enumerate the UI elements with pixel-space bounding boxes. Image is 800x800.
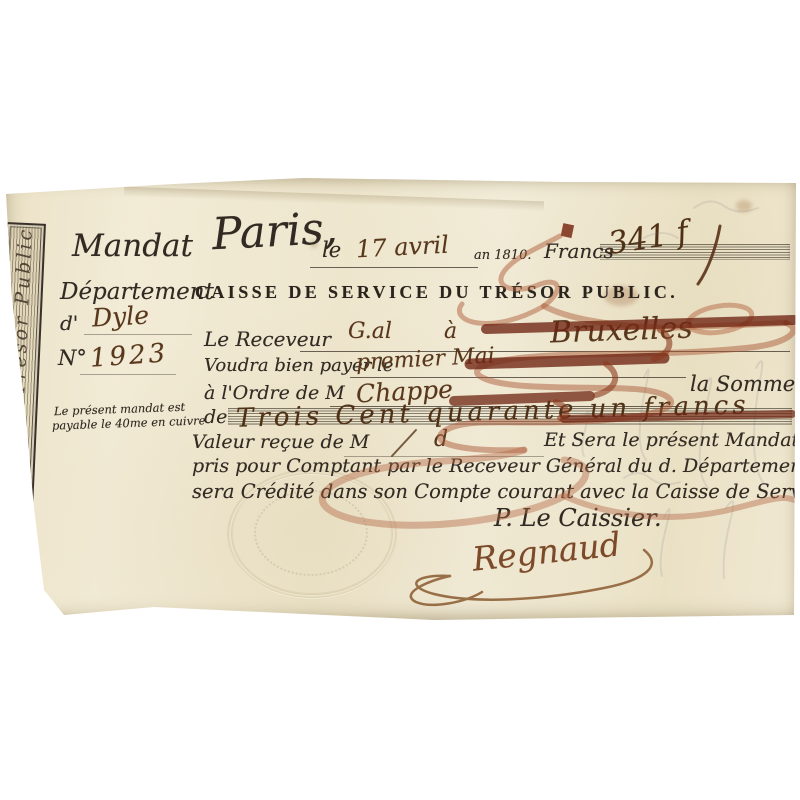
signature-handwritten: Regnaud	[470, 524, 622, 578]
receveur-label: Le Receveur	[204, 327, 331, 351]
numero-rule	[80, 374, 176, 375]
counterfoil-ornament-band: Caisse de Service du Trésor Public	[0, 222, 46, 581]
mandat-label: Mandat	[72, 228, 193, 264]
counterfoil-vertical-text: Caisse de Service du Trésor Public	[0, 226, 37, 581]
valeur-value-handwritten: d	[434, 427, 448, 452]
receveur-city-handwritten: Bruxelles	[549, 311, 693, 351]
departement-d: d'	[60, 311, 78, 335]
body-line-2: pris pour Comptant par le Receveur Génér…	[192, 455, 800, 477]
numero-label: N°	[58, 346, 87, 370]
scanned-mandat-document: Caisse de Service du Trésor Public Manda…	[0, 0, 800, 800]
paper-stain	[736, 200, 752, 212]
year-label: an 1810.	[474, 248, 531, 263]
le-label: le	[322, 238, 341, 262]
payer-value-handwritten: premier Mai	[355, 343, 495, 375]
body-line-3: sera Crédité dans son Compte courant ave…	[192, 480, 800, 503]
caisse-title: CAISSE DE SERVICE DU TRÉSOR PUBLIC.	[195, 282, 678, 303]
receveur-a-handwritten: à	[444, 319, 457, 344]
sera-text: Et Sera le présent Mandat	[544, 429, 799, 451]
date-handwritten: 17 avril	[355, 231, 449, 264]
departement-value-handwritten: Dyle	[91, 301, 149, 333]
numero-value-handwritten: 1923	[89, 338, 169, 373]
de-label: de	[204, 406, 227, 428]
receveur-gal-handwritten: G.al	[348, 319, 392, 344]
valeur-label: Valeur reçue de M	[192, 431, 369, 453]
city-label: Paris,	[211, 203, 339, 261]
departement-rule	[84, 334, 192, 335]
paper-sheet: Caisse de Service du Trésor Public Manda…	[4, 178, 796, 620]
date-rule	[310, 267, 478, 268]
